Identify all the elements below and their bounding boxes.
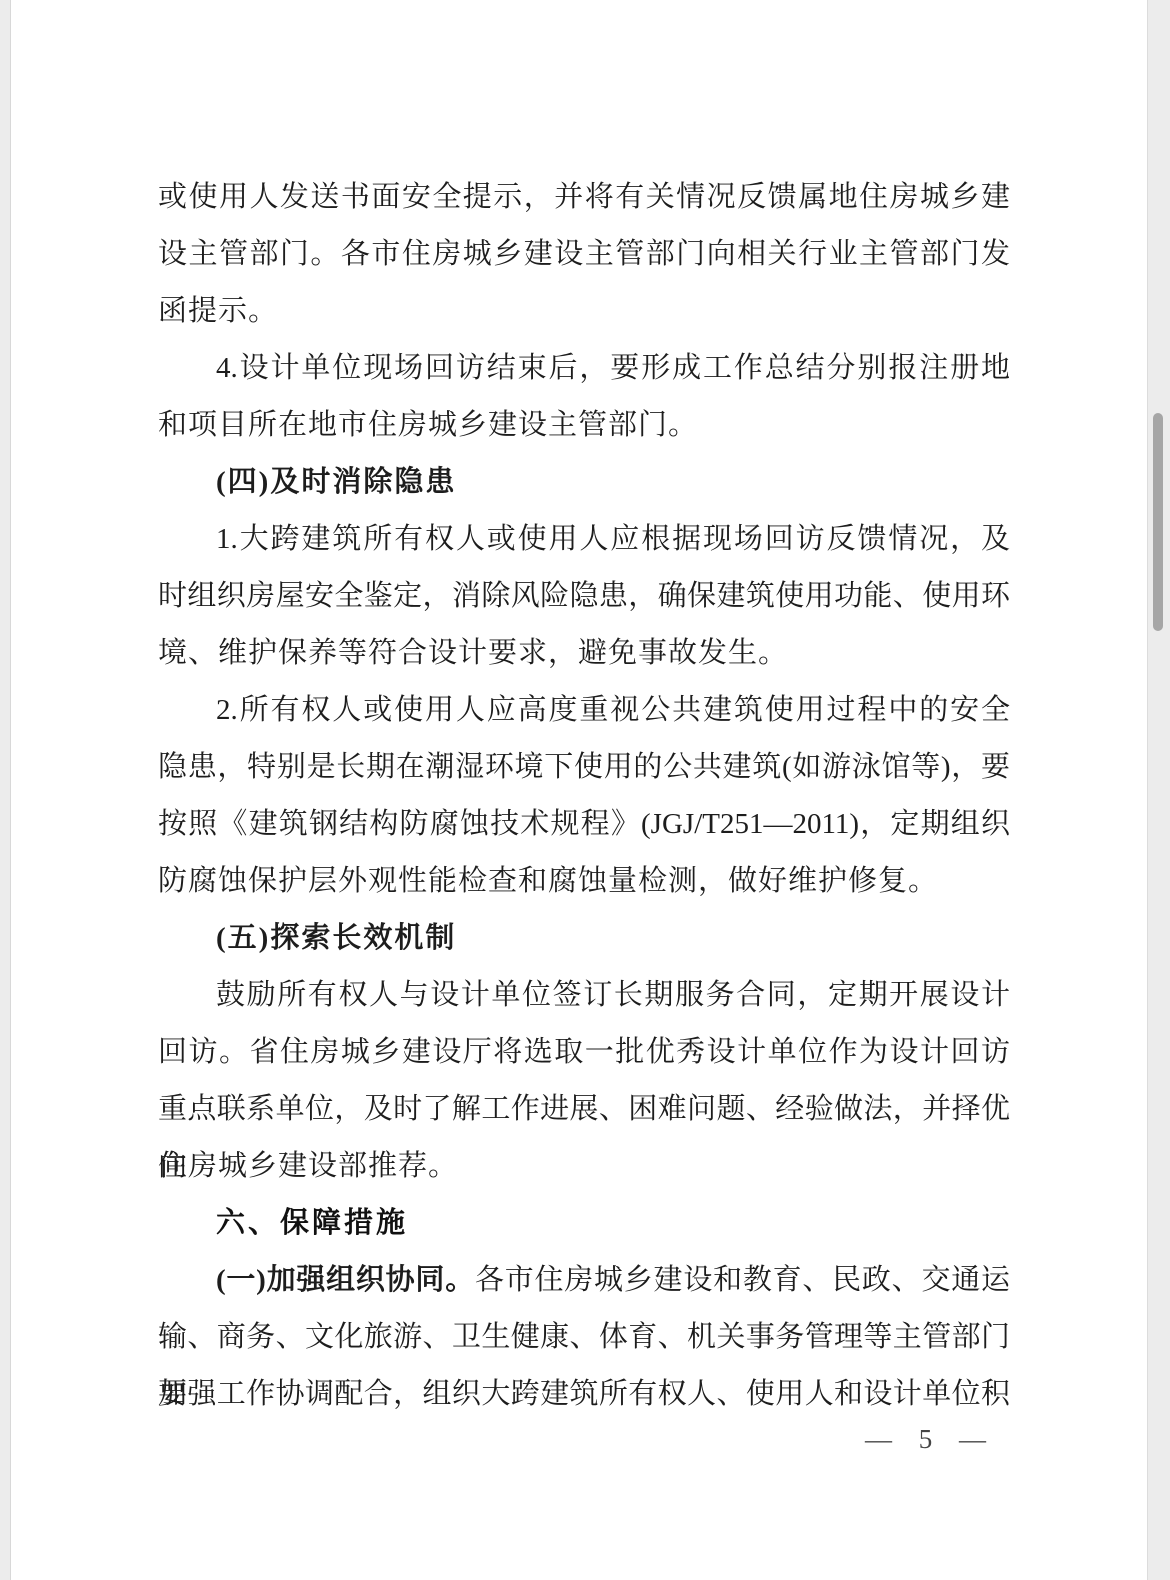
text-line: 境、维护保养等符合设计要求，避免事故发生。	[158, 625, 1010, 682]
text-segment: 按照《建筑钢结构防腐蚀技术规程》(JGJ/T251—2011)，定期组织	[158, 808, 1010, 840]
text-segment: 和项目所在地市住房城乡建设主管部门。	[158, 409, 698, 441]
scrollbar-thumb[interactable]	[1153, 413, 1163, 631]
text-segment: 4.设计单位现场回访结束后，要形成工作总结分别报注册地	[216, 352, 1010, 384]
text-line: (五)探索长效机制	[158, 910, 1010, 967]
text-segment: 函提示。	[158, 295, 278, 327]
text-segment: (一)加强组织协同。	[216, 1264, 475, 1296]
text-segment: (四)及时消除隐患	[216, 466, 456, 498]
text-line: (四)及时消除隐患	[158, 454, 1010, 511]
text-segment: 六、保障措施	[216, 1207, 408, 1239]
text-segment: 2.所有权人或使用人应高度重视公共建筑使用过程中的安全	[216, 694, 1010, 726]
text-segment: 1.大跨建筑所有权人或使用人应根据现场回访反馈情况，及	[216, 523, 1010, 555]
text-segment: 住房城乡建设部推荐。	[158, 1150, 458, 1182]
text-line: 按照《建筑钢结构防腐蚀技术规程》(JGJ/T251—2011)，定期组织	[158, 796, 1010, 853]
text-line: 六、保障措施	[158, 1195, 1010, 1252]
text-line: 函提示。	[158, 283, 1010, 340]
text-line: 加强工作协调配合，组织大跨建筑所有权人、使用人和设计单位积	[158, 1366, 1010, 1423]
viewer-left-gutter	[0, 0, 11, 1580]
text-line: 住房城乡建设部推荐。	[158, 1138, 1010, 1195]
text-line: 4.设计单位现场回访结束后，要形成工作总结分别报注册地	[158, 340, 1010, 397]
text-segment: 或使用人发送书面安全提示，并将有关情况反馈属地住房城乡建	[158, 181, 1010, 213]
text-line: 1.大跨建筑所有权人或使用人应根据现场回访反馈情况，及	[158, 511, 1010, 568]
document-lines: 或使用人发送书面安全提示，并将有关情况反馈属地住房城乡建设主管部门。各市住房城乡…	[158, 169, 1010, 1423]
text-line: 防腐蚀保护层外观性能检查和腐蚀量检测，做好维护修复。	[158, 853, 1010, 910]
text-line: (一)加强组织协同。各市住房城乡建设和教育、民政、交通运	[158, 1252, 1010, 1309]
text-segment: 时组织房屋安全鉴定，消除风险隐患，确保建筑使用功能、使用环	[158, 580, 1010, 612]
text-line: 重点联系单位，及时了解工作进展、困难问题、经验做法，并择优向	[158, 1081, 1010, 1138]
text-segment: 防腐蚀保护层外观性能检查和腐蚀量检测，做好维护修复。	[158, 865, 938, 897]
text-segment: 设主管部门。各市住房城乡建设主管部门向相关行业主管部门发	[158, 238, 1010, 270]
text-segment: 隐患，特别是长期在潮湿环境下使用的公共建筑(如游泳馆等)，要	[158, 751, 1010, 783]
text-segment: (五)探索长效机制	[216, 922, 456, 954]
text-line: 时组织房屋安全鉴定，消除风险隐患，确保建筑使用功能、使用环	[158, 568, 1010, 625]
text-segment: 回访。省住房城乡建设厅将选取一批优秀设计单位作为设计回访	[158, 1036, 1010, 1068]
scrollbar-track[interactable]	[1147, 0, 1170, 1580]
text-line: 隐患，特别是长期在潮湿环境下使用的公共建筑(如游泳馆等)，要	[158, 739, 1010, 796]
text-segment: 加强工作协调配合，组织大跨建筑所有权人、使用人和设计单位积	[158, 1378, 1010, 1410]
text-line: 回访。省住房城乡建设厅将选取一批优秀设计单位作为设计回访	[158, 1024, 1010, 1081]
text-line: 输、商务、文化旅游、卫生健康、体育、机关事务管理等主管部门要	[158, 1309, 1010, 1366]
text-segment: 各市住房城乡建设和教育、民政、交通运	[475, 1264, 1010, 1296]
document-page: 或使用人发送书面安全提示，并将有关情况反馈属地住房城乡建设主管部门。各市住房城乡…	[10, 0, 1148, 1580]
text-line: 和项目所在地市住房城乡建设主管部门。	[158, 397, 1010, 454]
text-line: 2.所有权人或使用人应高度重视公共建筑使用过程中的安全	[158, 682, 1010, 739]
text-segment: 境、维护保养等符合设计要求，避免事故发生。	[158, 637, 788, 669]
page-number: — 5 —	[865, 1424, 988, 1455]
document-viewer: 或使用人发送书面安全提示，并将有关情况反馈属地住房城乡建设主管部门。各市住房城乡…	[0, 0, 1170, 1580]
text-line: 鼓励所有权人与设计单位签订长期服务合同，定期开展设计	[158, 967, 1010, 1024]
text-segment: 鼓励所有权人与设计单位签订长期服务合同，定期开展设计	[216, 979, 1010, 1011]
text-line: 或使用人发送书面安全提示，并将有关情况反馈属地住房城乡建	[158, 169, 1010, 226]
text-line: 设主管部门。各市住房城乡建设主管部门向相关行业主管部门发	[158, 226, 1010, 283]
